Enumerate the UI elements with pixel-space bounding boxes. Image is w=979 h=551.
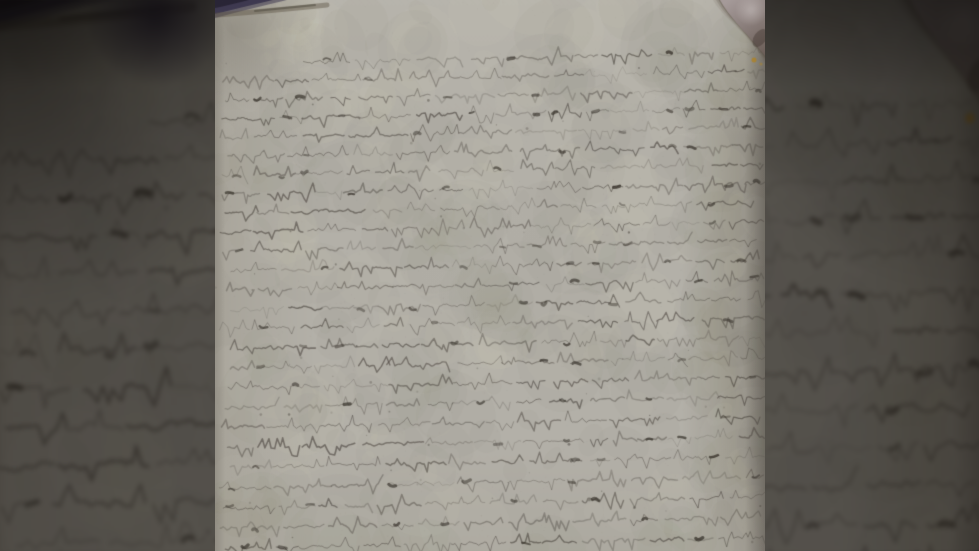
manuscript-image-viewer <box>0 0 979 551</box>
manuscript-photo <box>215 0 765 551</box>
manuscript-photo-canvas <box>215 0 765 551</box>
